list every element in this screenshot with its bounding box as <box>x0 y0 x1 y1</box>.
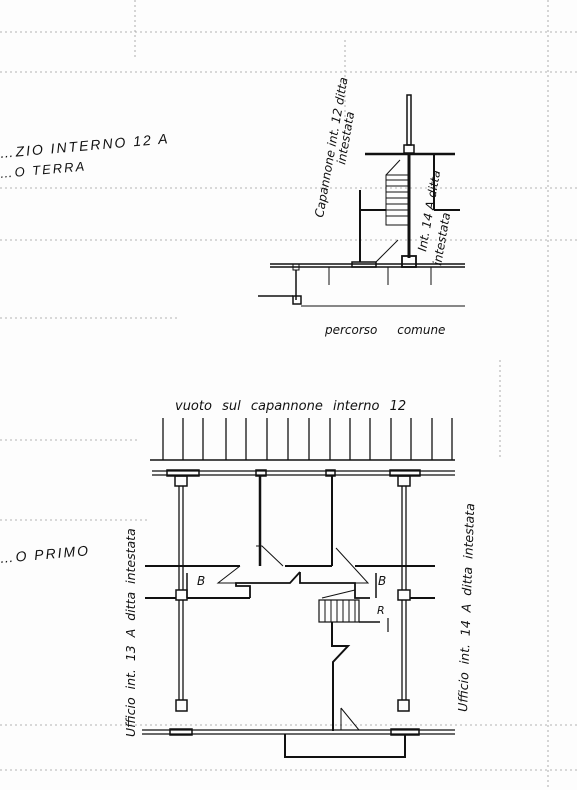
room-r: R <box>377 604 385 617</box>
void-hatch <box>163 418 452 460</box>
ground-floor-title-line1: …ZIO INTERNO 12 A <box>0 130 170 161</box>
label-left-office: Ufficio int. 13 A ditta intestata <box>123 528 138 737</box>
background-grid <box>0 0 577 790</box>
ground-floor-title-line2: …O TERRA <box>0 158 87 181</box>
first-floor-plan: …O PRIMO vuoto sul capannone interno 12 <box>0 399 477 757</box>
floor-plan-drawing: …ZIO INTERNO 12 A …O TERRA <box>0 0 577 790</box>
room-b-left: B <box>197 574 205 588</box>
floor-plan-svg: …ZIO INTERNO 12 A …O TERRA <box>0 0 577 790</box>
label-void-above: vuoto sul capannone interno 12 <box>175 399 406 414</box>
room-b-right: B <box>378 574 386 588</box>
first-floor-stair-treads <box>325 600 355 622</box>
label-common-path: percorso comune <box>324 323 445 337</box>
first-floor-title: …O PRIMO <box>0 542 91 566</box>
label-right-office: Ufficio int. 14 A ditta intestata <box>455 503 477 712</box>
ground-floor-plan: …ZIO INTERNO 12 A …O TERRA <box>0 76 465 337</box>
